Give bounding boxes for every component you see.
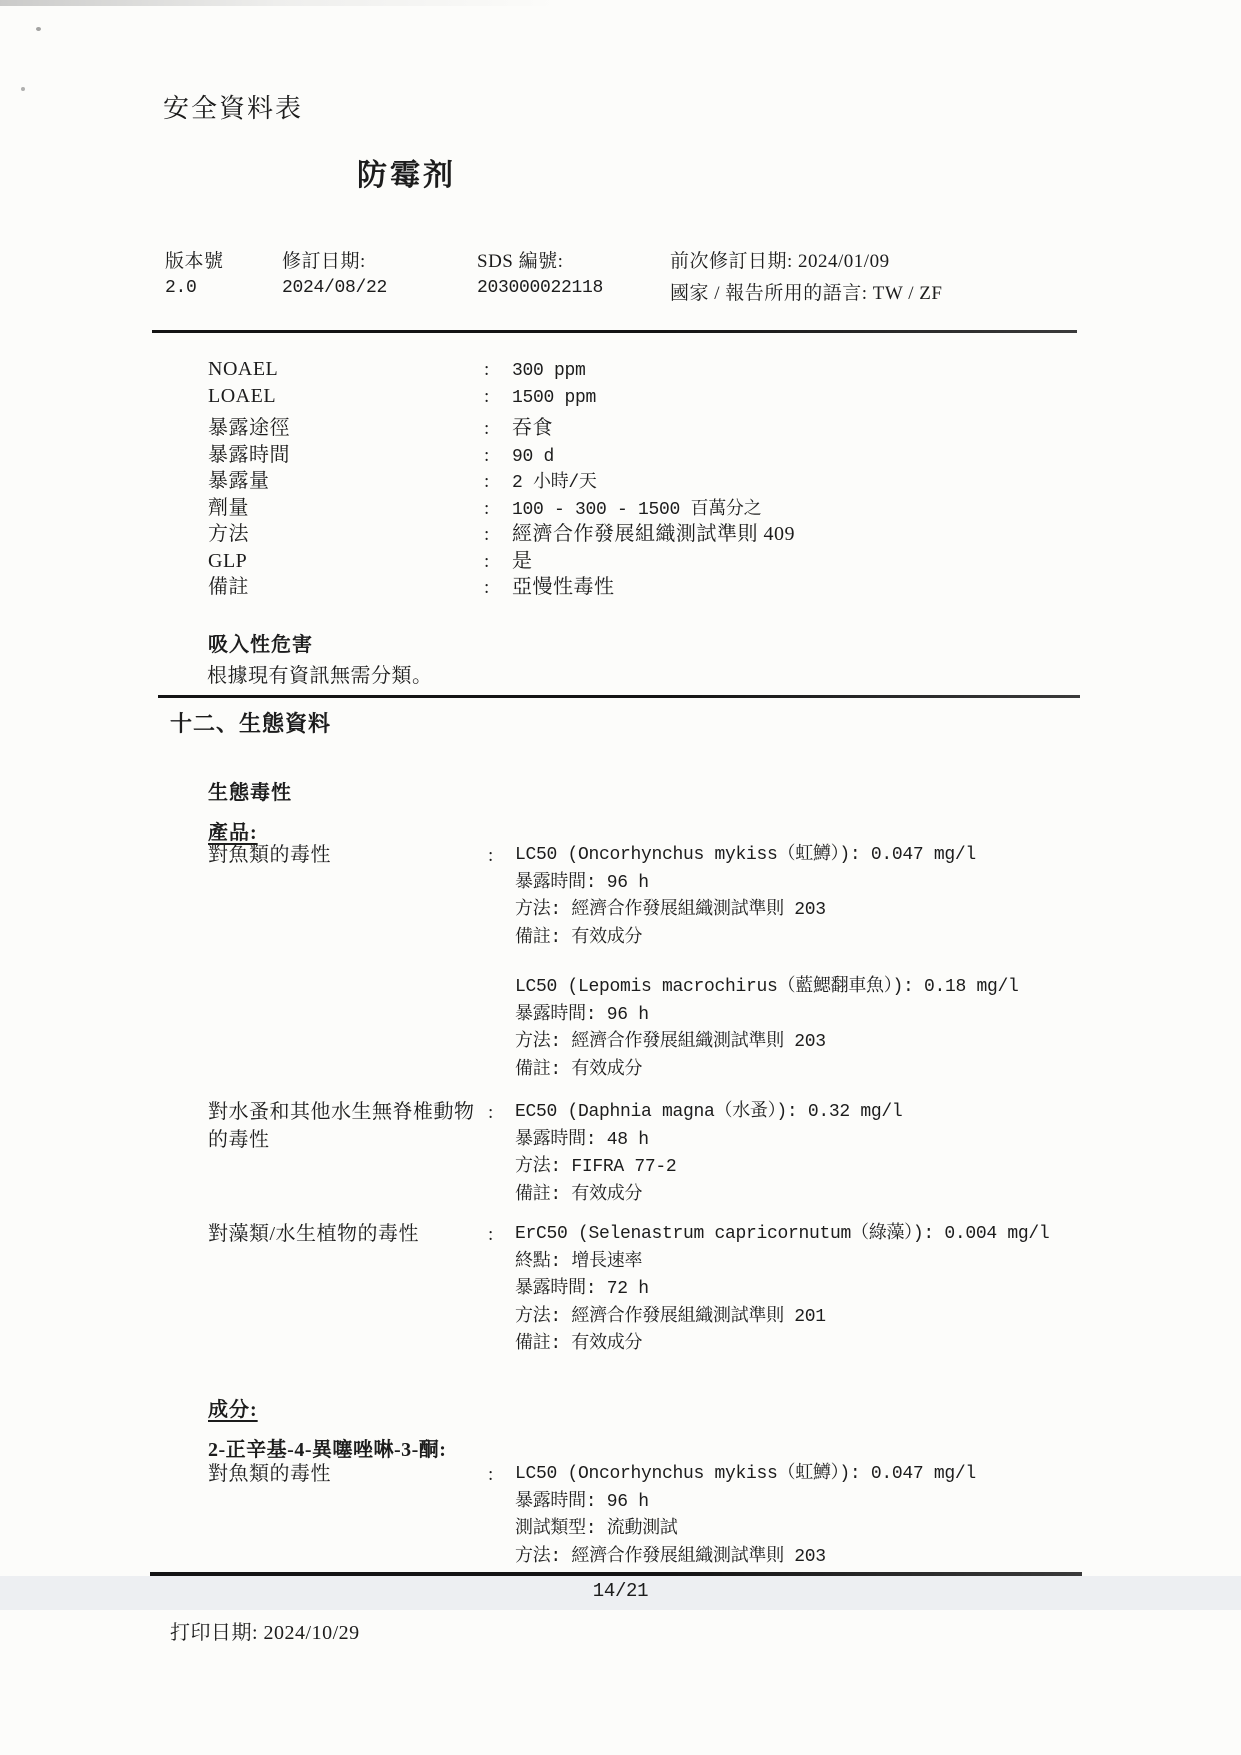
eco-entry-colon: : — [488, 1221, 515, 1359]
product-name: 防霉剂 — [357, 150, 456, 194]
sds-number-label: SDS 編號: — [477, 246, 563, 273]
field-label: LOAEL — [208, 385, 484, 408]
value-line: 終點: 增長速率 — [515, 1249, 1138, 1277]
field-row: NOAEL : 300 ppm — [208, 358, 1108, 385]
field-colon: : — [484, 498, 512, 520]
document-title: 安全資料表 — [163, 88, 303, 125]
eco-entry-label: 對魚類的毒性 — [208, 842, 488, 1084]
eco-entry-label-line: 對魚類的毒性 — [208, 1461, 488, 1489]
eco-entry-daphnia: 對水蚤和其他水生無脊椎動物 的毒性 : EC50 (Daphnia magna（… — [208, 1099, 1138, 1209]
field-row: 備註 : 亞慢性毒性 — [208, 570, 1108, 597]
field-colon: : — [484, 471, 512, 493]
value-line: EC50 (Daphnia magna（水蚤）): 0.32 mg/l — [515, 1099, 1138, 1127]
sds-document-page: 安全資料表 防霉剂 版本號 修訂日期: SDS 編號: 前次修訂日期: 2024… — [0, 0, 1241, 1755]
sds-number-value: 203000022118 — [477, 278, 603, 298]
eco-entry-label-line: 對水蚤和其他水生無脊椎動物 — [208, 1099, 488, 1127]
eco-entry-label: 對水蚤和其他水生無脊椎動物 的毒性 — [208, 1099, 488, 1209]
value-line: 方法: FIFRA 77-2 — [515, 1154, 1138, 1182]
country-language: 國家 / 報告所用的語言: TW / ZF — [670, 278, 942, 305]
result-block: LC50 (Lepomis macrochirus（藍鰓翻車魚）): 0.18 … — [515, 974, 1138, 1084]
value-line: 備註: 有效成分 — [515, 925, 1138, 953]
field-value: 100 - 300 - 1500 百萬分之 — [512, 494, 1108, 520]
field-colon: : — [484, 577, 512, 599]
inhalation-hazard-text: 根據現有資訊無需分類。 — [207, 659, 433, 688]
field-value: 是 — [512, 544, 1108, 573]
eco-entry-label: 對魚類的毒性 — [208, 1461, 488, 1571]
value-line: 備註: 有效成分 — [515, 1331, 1138, 1359]
field-colon: : — [484, 445, 512, 467]
field-colon: : — [484, 524, 512, 546]
value-line: 備註: 有效成分 — [515, 1182, 1138, 1210]
value-line: 暴露時間: 72 h — [515, 1276, 1138, 1304]
print-date: 打印日期: 2024/10/29 — [170, 1616, 360, 1645]
eco-entry-value: EC50 (Daphnia magna（水蚤）): 0.32 mg/l 暴露時間… — [515, 1099, 1138, 1209]
revision-date-label: 修訂日期: — [282, 246, 366, 273]
field-row: 劑量 : 100 - 300 - 1500 百萬分之 — [208, 491, 1108, 518]
page-number: 14/21 — [0, 1580, 1241, 1602]
toxicology-field-list: NOAEL : 300 ppm LOAEL : 1500 ppm 暴露途徑 : … — [208, 358, 1108, 597]
previous-revision-date: 前次修訂日期: 2024/01/09 — [670, 246, 890, 273]
field-label: NOAEL — [208, 358, 484, 381]
field-row: GLP : 是 — [208, 544, 1108, 571]
eco-entry-label: 對藻類/水生植物的毒性 — [208, 1221, 488, 1359]
value-line: 暴露時間: 96 h — [515, 1489, 1138, 1517]
value-line: 方法: 經濟合作發展組織測試準則 203 — [515, 1544, 1138, 1572]
field-value: 經濟合作發展組織測試準則 409 — [512, 517, 1108, 546]
value-line: 測試類型: 流動測試 — [515, 1516, 1138, 1544]
eco-entry-fish-component: 對魚類的毒性 : LC50 (Oncorhynchus mykiss（虹鱒）):… — [208, 1461, 1138, 1571]
eco-entry-colon: : — [488, 842, 515, 1084]
field-label: 暴露途徑 — [208, 411, 484, 440]
field-row: LOAEL : 1500 ppm — [208, 385, 1108, 412]
eco-entry-value: LC50 (Oncorhynchus mykiss（虹鱒）): 0.047 mg… — [515, 1461, 1138, 1571]
value-line: 暴露時間: 48 h — [515, 1127, 1138, 1155]
version-label: 版本號 — [165, 246, 224, 273]
field-value: 亞慢性毒性 — [512, 570, 1108, 599]
product-subheading: 產品: — [208, 816, 258, 845]
field-label: 暴露時間 — [208, 438, 484, 467]
eco-entry-fish: 對魚類的毒性 : LC50 (Oncorhynchus mykiss（虹鱒）):… — [208, 842, 1138, 1084]
eco-entry-label-line: 對魚類的毒性 — [208, 842, 488, 870]
value-line: 備註: 有效成分 — [515, 1057, 1138, 1085]
scan-artifact — [21, 87, 25, 91]
components-subheading: 成分: — [208, 1393, 258, 1422]
inhalation-hazard-heading: 吸入性危害 — [208, 628, 313, 657]
revision-date-value: 2024/08/22 — [282, 278, 387, 298]
eco-entry-value: ErC50 (Selenastrum capricornutum（綠藻）): 0… — [515, 1221, 1138, 1359]
field-value: 90 d — [512, 447, 1108, 467]
eco-entry-colon: : — [488, 1099, 515, 1209]
field-value: 1500 ppm — [512, 388, 1108, 408]
section-12-heading: 十二、生態資料 — [170, 707, 331, 738]
eco-entry-value: LC50 (Oncorhynchus mykiss（虹鱒）): 0.047 mg… — [515, 842, 1138, 1084]
field-label: 暴露量 — [208, 464, 484, 493]
field-row: 暴露量 : 2 小時/天 — [208, 464, 1108, 491]
result-block: LC50 (Oncorhynchus mykiss（虹鱒）): 0.047 mg… — [515, 1461, 1138, 1571]
field-colon: : — [484, 359, 512, 381]
horizontal-rule — [152, 330, 1077, 333]
value-line: LC50 (Oncorhynchus mykiss（虹鱒）): 0.047 mg… — [515, 1461, 1138, 1489]
field-value: 2 小時/天 — [512, 467, 1108, 493]
field-row: 暴露時間 : 90 d — [208, 438, 1108, 465]
field-label: 備註 — [208, 570, 484, 599]
eco-entry-label-line: 的毒性 — [208, 1127, 488, 1155]
scan-artifact — [36, 27, 41, 31]
field-row: 暴露途徑 : 吞食 — [208, 411, 1108, 438]
field-value: 吞食 — [512, 411, 1108, 440]
value-line: 方法: 經濟合作發展組織測試準則 201 — [515, 1304, 1138, 1332]
value-line: LC50 (Oncorhynchus mykiss（虹鱒）): 0.047 mg… — [515, 842, 1138, 870]
horizontal-rule — [158, 695, 1080, 698]
eco-entry-algae: 對藻類/水生植物的毒性 : ErC50 (Selenastrum caprico… — [208, 1221, 1138, 1359]
component-name-heading: 2-正辛基-4-異噻唑啉-3-酮: — [208, 1433, 446, 1462]
result-block: EC50 (Daphnia magna（水蚤）): 0.32 mg/l 暴露時間… — [515, 1099, 1138, 1209]
field-label: 方法 — [208, 517, 484, 546]
value-line: 方法: 經濟合作發展組織測試準則 203 — [515, 897, 1138, 925]
eco-entry-label-line: 對藻類/水生植物的毒性 — [208, 1221, 488, 1249]
field-colon: : — [484, 551, 512, 573]
scan-artifact — [0, 0, 560, 6]
value-line: LC50 (Lepomis macrochirus（藍鰓翻車魚）): 0.18 … — [515, 974, 1138, 1002]
field-row: 方法 : 經濟合作發展組織測試準則 409 — [208, 517, 1108, 544]
value-line: 暴露時間: 96 h — [515, 870, 1138, 898]
result-block: LC50 (Oncorhynchus mykiss（虹鱒）): 0.047 mg… — [515, 842, 1138, 952]
field-colon: : — [484, 386, 512, 408]
result-block: ErC50 (Selenastrum capricornutum（綠藻）): 0… — [515, 1221, 1138, 1359]
value-line: ErC50 (Selenastrum capricornutum（綠藻）): 0… — [515, 1221, 1138, 1249]
value-line: 方法: 經濟合作發展組織測試準則 203 — [515, 1029, 1138, 1057]
version-value: 2.0 — [165, 278, 197, 298]
field-value: 300 ppm — [512, 361, 1108, 381]
field-label: 劑量 — [208, 491, 484, 520]
value-line: 暴露時間: 96 h — [515, 1002, 1138, 1030]
ecotoxicity-heading: 生態毒性 — [208, 776, 292, 805]
field-colon: : — [484, 418, 512, 440]
eco-entry-colon: : — [488, 1461, 515, 1571]
